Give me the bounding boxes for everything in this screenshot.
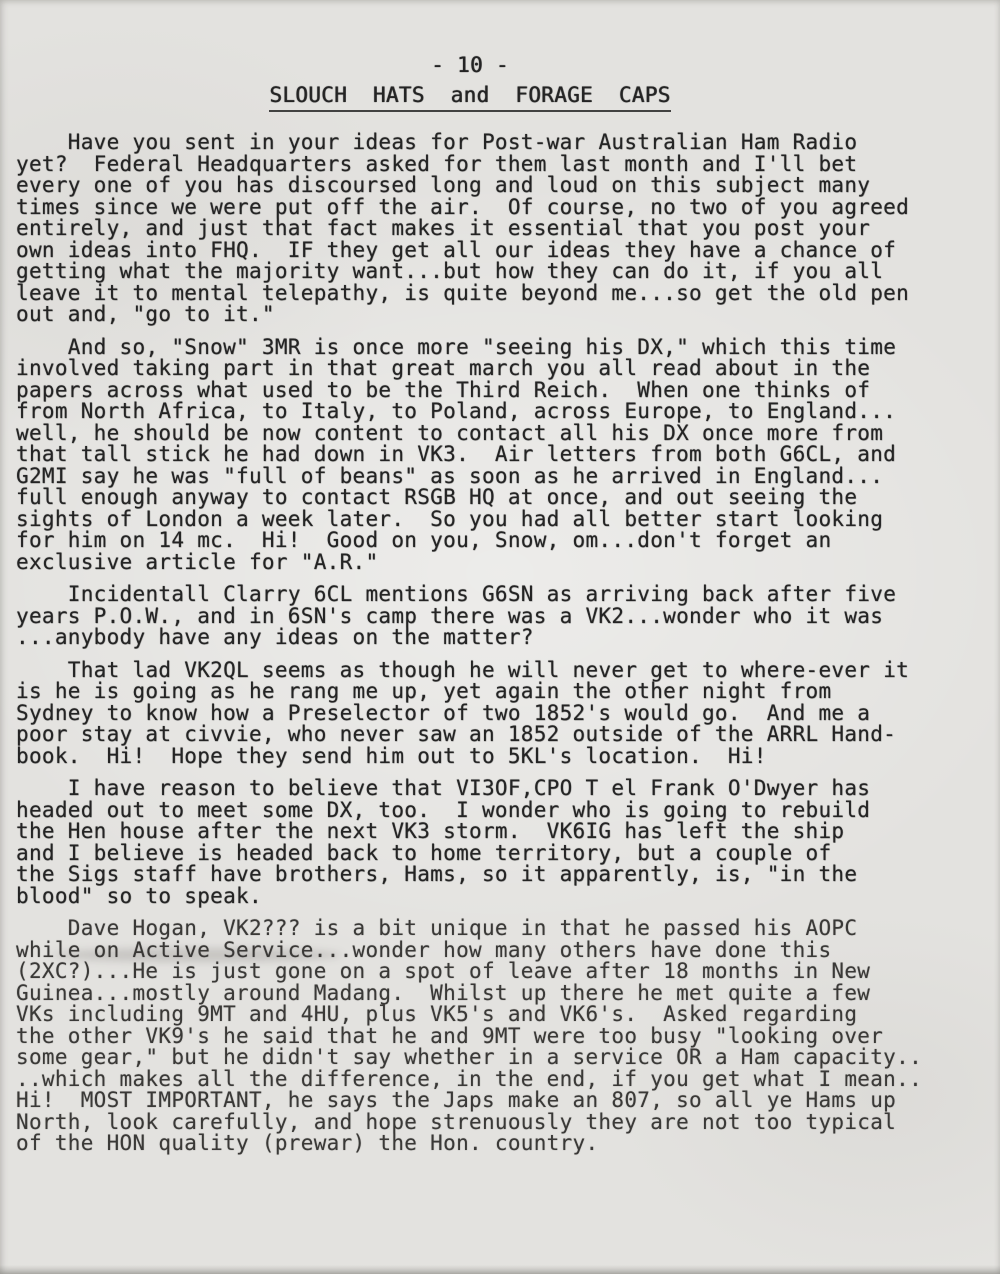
paragraph-postwar-ideas: Have you sent in your ideas for Post-war… xyxy=(16,132,924,326)
paragraph-clarry-6cl: Incidentall Clarry 6CL mentions G6SN as … xyxy=(16,584,924,649)
paragraph-snow-3mr: And so, "Snow" 3MR is once more "seeing … xyxy=(16,337,924,574)
scan-edge xyxy=(0,1265,1000,1274)
ink-smudge xyxy=(52,948,342,962)
document-page: - 10 - SLOUCH HATS and FORAGE CAPS Have … xyxy=(0,0,1000,1274)
paragraph-vk2ql: That lad VK2QL seems as though he will n… xyxy=(16,660,924,768)
page-number: - 10 - xyxy=(16,55,924,77)
page-title: SLOUCH HATS and FORAGE CAPS xyxy=(269,85,670,113)
paragraph-odwyer: I have reason to believe that VI3OF,CPO … xyxy=(16,778,924,907)
typewritten-content: - 10 - SLOUCH HATS and FORAGE CAPS Have … xyxy=(16,55,924,1155)
title-wrap: SLOUCH HATS and FORAGE CAPS xyxy=(16,85,924,113)
